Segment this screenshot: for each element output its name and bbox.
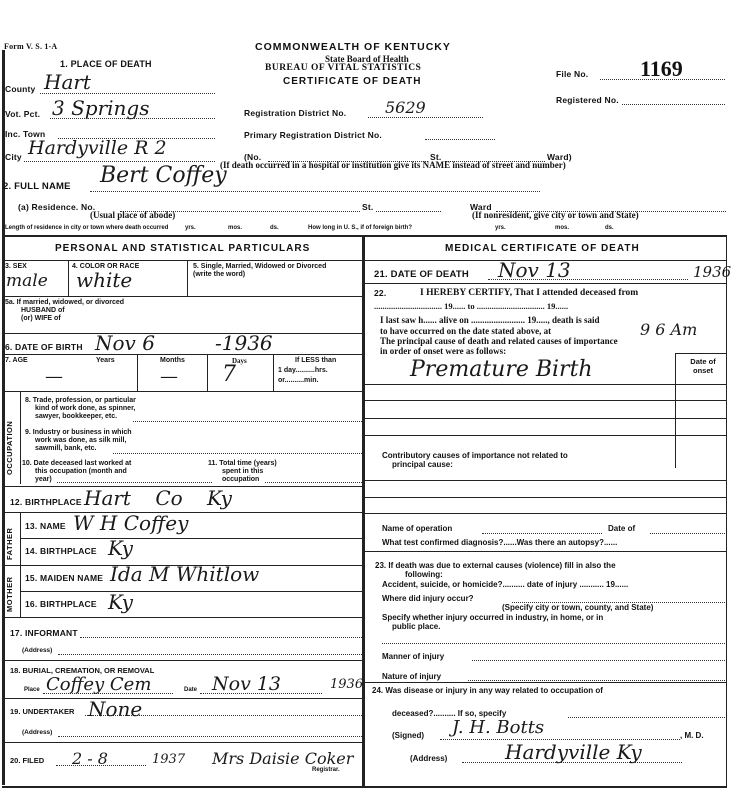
attended-from-to: ................................ 19.....…	[374, 302, 568, 311]
occupation-side-label: OCCUPATION	[5, 400, 14, 475]
birth-year-value: -1936	[215, 331, 273, 355]
trade-label-2: kind of work done, as spinner,	[35, 405, 135, 413]
place-of-death-heading: 1. PLACE OF DEATH	[60, 59, 152, 69]
filed-label: 20. FILED	[10, 757, 44, 766]
last-worked-label-3: year)	[35, 476, 52, 484]
last-saw-text: I last saw h...... alive on ............…	[380, 316, 600, 326]
certify-number: 22.	[374, 288, 386, 298]
age-years-value: —	[45, 366, 63, 387]
burial-place-value: Coffey Cem	[46, 674, 151, 695]
physician-address-value: Hardyville Ky	[505, 740, 642, 764]
total-time-label-1: 11. Total time (years)	[208, 460, 277, 468]
date-of-birth-value: Nov 6	[95, 331, 155, 355]
primary-registration-label: Primary Registration District No.	[244, 130, 382, 140]
specify-whether-label-2: public place.	[392, 622, 440, 631]
vot-pct-value: 3 Springs	[52, 96, 150, 120]
total-time-label-3: occupation	[222, 476, 259, 484]
color-race-value: white	[76, 268, 132, 292]
physician-signature: J. H. Botts	[452, 717, 544, 738]
father-side-label: FATHER	[5, 518, 14, 560]
certificate-title: CERTIFICATE OF DEATH	[283, 76, 422, 87]
signed-label: (Signed)	[392, 731, 424, 740]
spouse-label-2: HUSBAND of	[21, 307, 65, 315]
sex-value: male	[6, 271, 48, 291]
date-of-birth-label: 6. DATE OF BIRTH	[5, 342, 83, 352]
subtitle-bureau: BUREAU OF VITAL STATISTICS	[265, 63, 421, 73]
mother-maiden-name-label: 15. MAIDEN NAME	[25, 573, 103, 583]
date-of-death-label: 21. DATE OF DEATH	[374, 269, 469, 280]
residence-st-label: St.	[362, 202, 373, 212]
years-label: Years	[96, 357, 115, 365]
registrar-signature: Mrs Daisie Coker	[212, 749, 353, 768]
total-time-label-2: spent in this	[222, 468, 263, 476]
foreign-birth-label: How long in U. S., if of foreign birth?	[308, 225, 412, 232]
document-title: COMMONWEALTH OF KENTUCKY	[255, 41, 451, 53]
operation-date-label: Date of	[608, 524, 635, 533]
mother-maiden-name-value: Ida M Whitlow	[110, 562, 259, 586]
full-name-value: Bert Coffey	[100, 163, 227, 188]
test-confirmed-label: What test confirmed diagnosis?......Was …	[382, 538, 617, 547]
age-months-value: —	[160, 366, 178, 387]
mos-label: mos.	[228, 225, 242, 232]
file-no-label: File No.	[556, 69, 588, 79]
trade-label-3: sawyer, bookkeeper, etc.	[35, 413, 117, 421]
less-than-label-1: If LESS than	[295, 357, 336, 365]
burial-place-label: Place	[24, 687, 40, 694]
abode-note: (Usual place of abode)	[90, 211, 175, 221]
contributory-causes-label-1: Contributory causes of importance not re…	[382, 451, 568, 460]
death-year-value: 1936	[693, 263, 731, 281]
nature-of-injury-label: Nature of injury	[382, 672, 441, 681]
foreign-yrs-label: yrs.	[495, 225, 506, 232]
burial-date-value: Nov 13	[212, 673, 281, 695]
length-of-residence-label: Length of residence in city or town wher…	[5, 225, 168, 232]
external-causes-label-2: following:	[405, 570, 443, 579]
spouse-label-1: 5a. If married, widowed, or divorced	[5, 299, 124, 307]
trade-label-1: 8. Trade, profession, or particular	[25, 397, 136, 405]
filed-date-value: 2 - 8	[72, 749, 108, 768]
months-label: Months	[160, 357, 185, 365]
ds-label: ds.	[270, 225, 279, 232]
physician-address-label: (Address)	[410, 754, 447, 763]
mother-birthplace-value: Ky	[108, 590, 133, 614]
foreign-mos-label: mos.	[555, 225, 569, 232]
last-worked-label-1: 10. Date deceased last worked at	[22, 460, 131, 468]
principal-cause-label-2: in order of onset were as follows:	[380, 347, 506, 357]
less-than-label-3: or..........min.	[278, 377, 318, 385]
birthplace-label: 12. BIRTHPLACE	[10, 497, 82, 507]
contributory-causes-label-2: principal cause:	[392, 460, 453, 469]
occupation-related-question: 24. Was disease or injury in any way rel…	[372, 686, 603, 695]
md-label: , M. D.	[680, 731, 704, 740]
nonresident-note: (If nonresident, give city or town and S…	[472, 211, 639, 221]
burial-date-label: Date	[184, 687, 197, 694]
industry-label-2: work was done, as silk mill,	[35, 437, 126, 445]
spouse-label-3: (or) WIFE of	[21, 315, 61, 323]
foreign-ds-label: ds.	[605, 225, 614, 232]
personal-section-title: PERSONAL AND STATISTICAL PARTICULARS	[55, 243, 310, 254]
industry-label-3: sawmill, bank, etc.	[35, 445, 96, 453]
external-causes-label-1: 23. If death was due to external causes …	[375, 561, 616, 570]
time-of-death-value: 9 6 Am	[640, 320, 697, 339]
registration-district-value: 5629	[385, 98, 426, 117]
informant-address-label: (Address)	[22, 647, 52, 654]
manner-of-injury-label: Manner of injury	[382, 652, 444, 661]
county-label: County	[5, 84, 35, 94]
cause-of-death-value: Premature Birth	[410, 357, 593, 382]
burial-year-value: 1936	[330, 677, 363, 692]
accident-label: Accident, suicide, or homicide?.........…	[382, 580, 628, 589]
operation-label: Name of operation	[382, 524, 452, 533]
registration-district-label: Registration District No.	[244, 108, 346, 118]
father-name-label: 13. NAME	[25, 521, 66, 531]
specify-city-label: (Specify city or town, county, and State…	[502, 603, 653, 612]
filed-year-value: 1937	[152, 752, 185, 767]
registrar-label: Registrar.	[312, 767, 340, 774]
mother-side-label: MOTHER	[5, 570, 14, 612]
father-birthplace-label: 14. BIRTHPLACE	[25, 546, 97, 556]
city-value: Hardyville R 2	[28, 137, 167, 159]
form-id: Form V. S. 1-A	[4, 42, 57, 51]
city-label: City	[5, 152, 22, 162]
date-of-death-value: Nov 13	[498, 258, 571, 282]
registered-no-label: Registered No.	[556, 95, 619, 105]
informant-label: 17. INFORMANT	[10, 628, 78, 638]
hospital-note: (If death occurred in a hospital or inst…	[220, 161, 566, 171]
less-than-label-2: 1 day..........hrs.	[278, 367, 328, 375]
mother-birthplace-label: 16. BIRTHPLACE	[25, 599, 97, 609]
sex-label: 3. SEX	[5, 263, 27, 271]
medical-section-title: MEDICAL CERTIFICATE OF DEATH	[445, 243, 640, 254]
full-name-label: 2. FULL NAME	[3, 181, 71, 192]
date-of-onset-label: Date of onset	[683, 358, 723, 375]
county-value: Hart	[44, 70, 91, 94]
birthplace-value: Hart Co Ky	[84, 486, 232, 510]
age-label: 7. AGE	[5, 357, 28, 365]
undertaker-address-label: (Address)	[22, 729, 52, 736]
where-injury-label: Where did injury occur?	[382, 594, 474, 603]
certify-text: I HEREBY CERTIFY, That I attended deceas…	[420, 288, 638, 298]
industry-label-1: 9. Industry or business in which	[25, 429, 132, 437]
age-days-value: 7	[222, 362, 236, 387]
undertaker-label: 19. UNDERTAKER	[10, 708, 74, 717]
specify-whether-label-1: Specify whether injury occurred in indus…	[382, 613, 603, 622]
vot-pct-label: Vot. Pct.	[5, 109, 40, 119]
file-no-value: 1169	[640, 56, 683, 82]
father-birthplace-value: Ky	[108, 536, 133, 560]
last-worked-label-2: this occupation (month and	[35, 468, 127, 476]
yrs-label: yrs.	[185, 225, 196, 232]
residence-label: (a) Residence. No.	[18, 202, 95, 212]
father-name-value: W H Coffey	[73, 511, 188, 535]
marital-status-label: 5. Single, Married, Widowed or Divorced …	[193, 263, 333, 279]
undertaker-value: None	[88, 697, 142, 721]
